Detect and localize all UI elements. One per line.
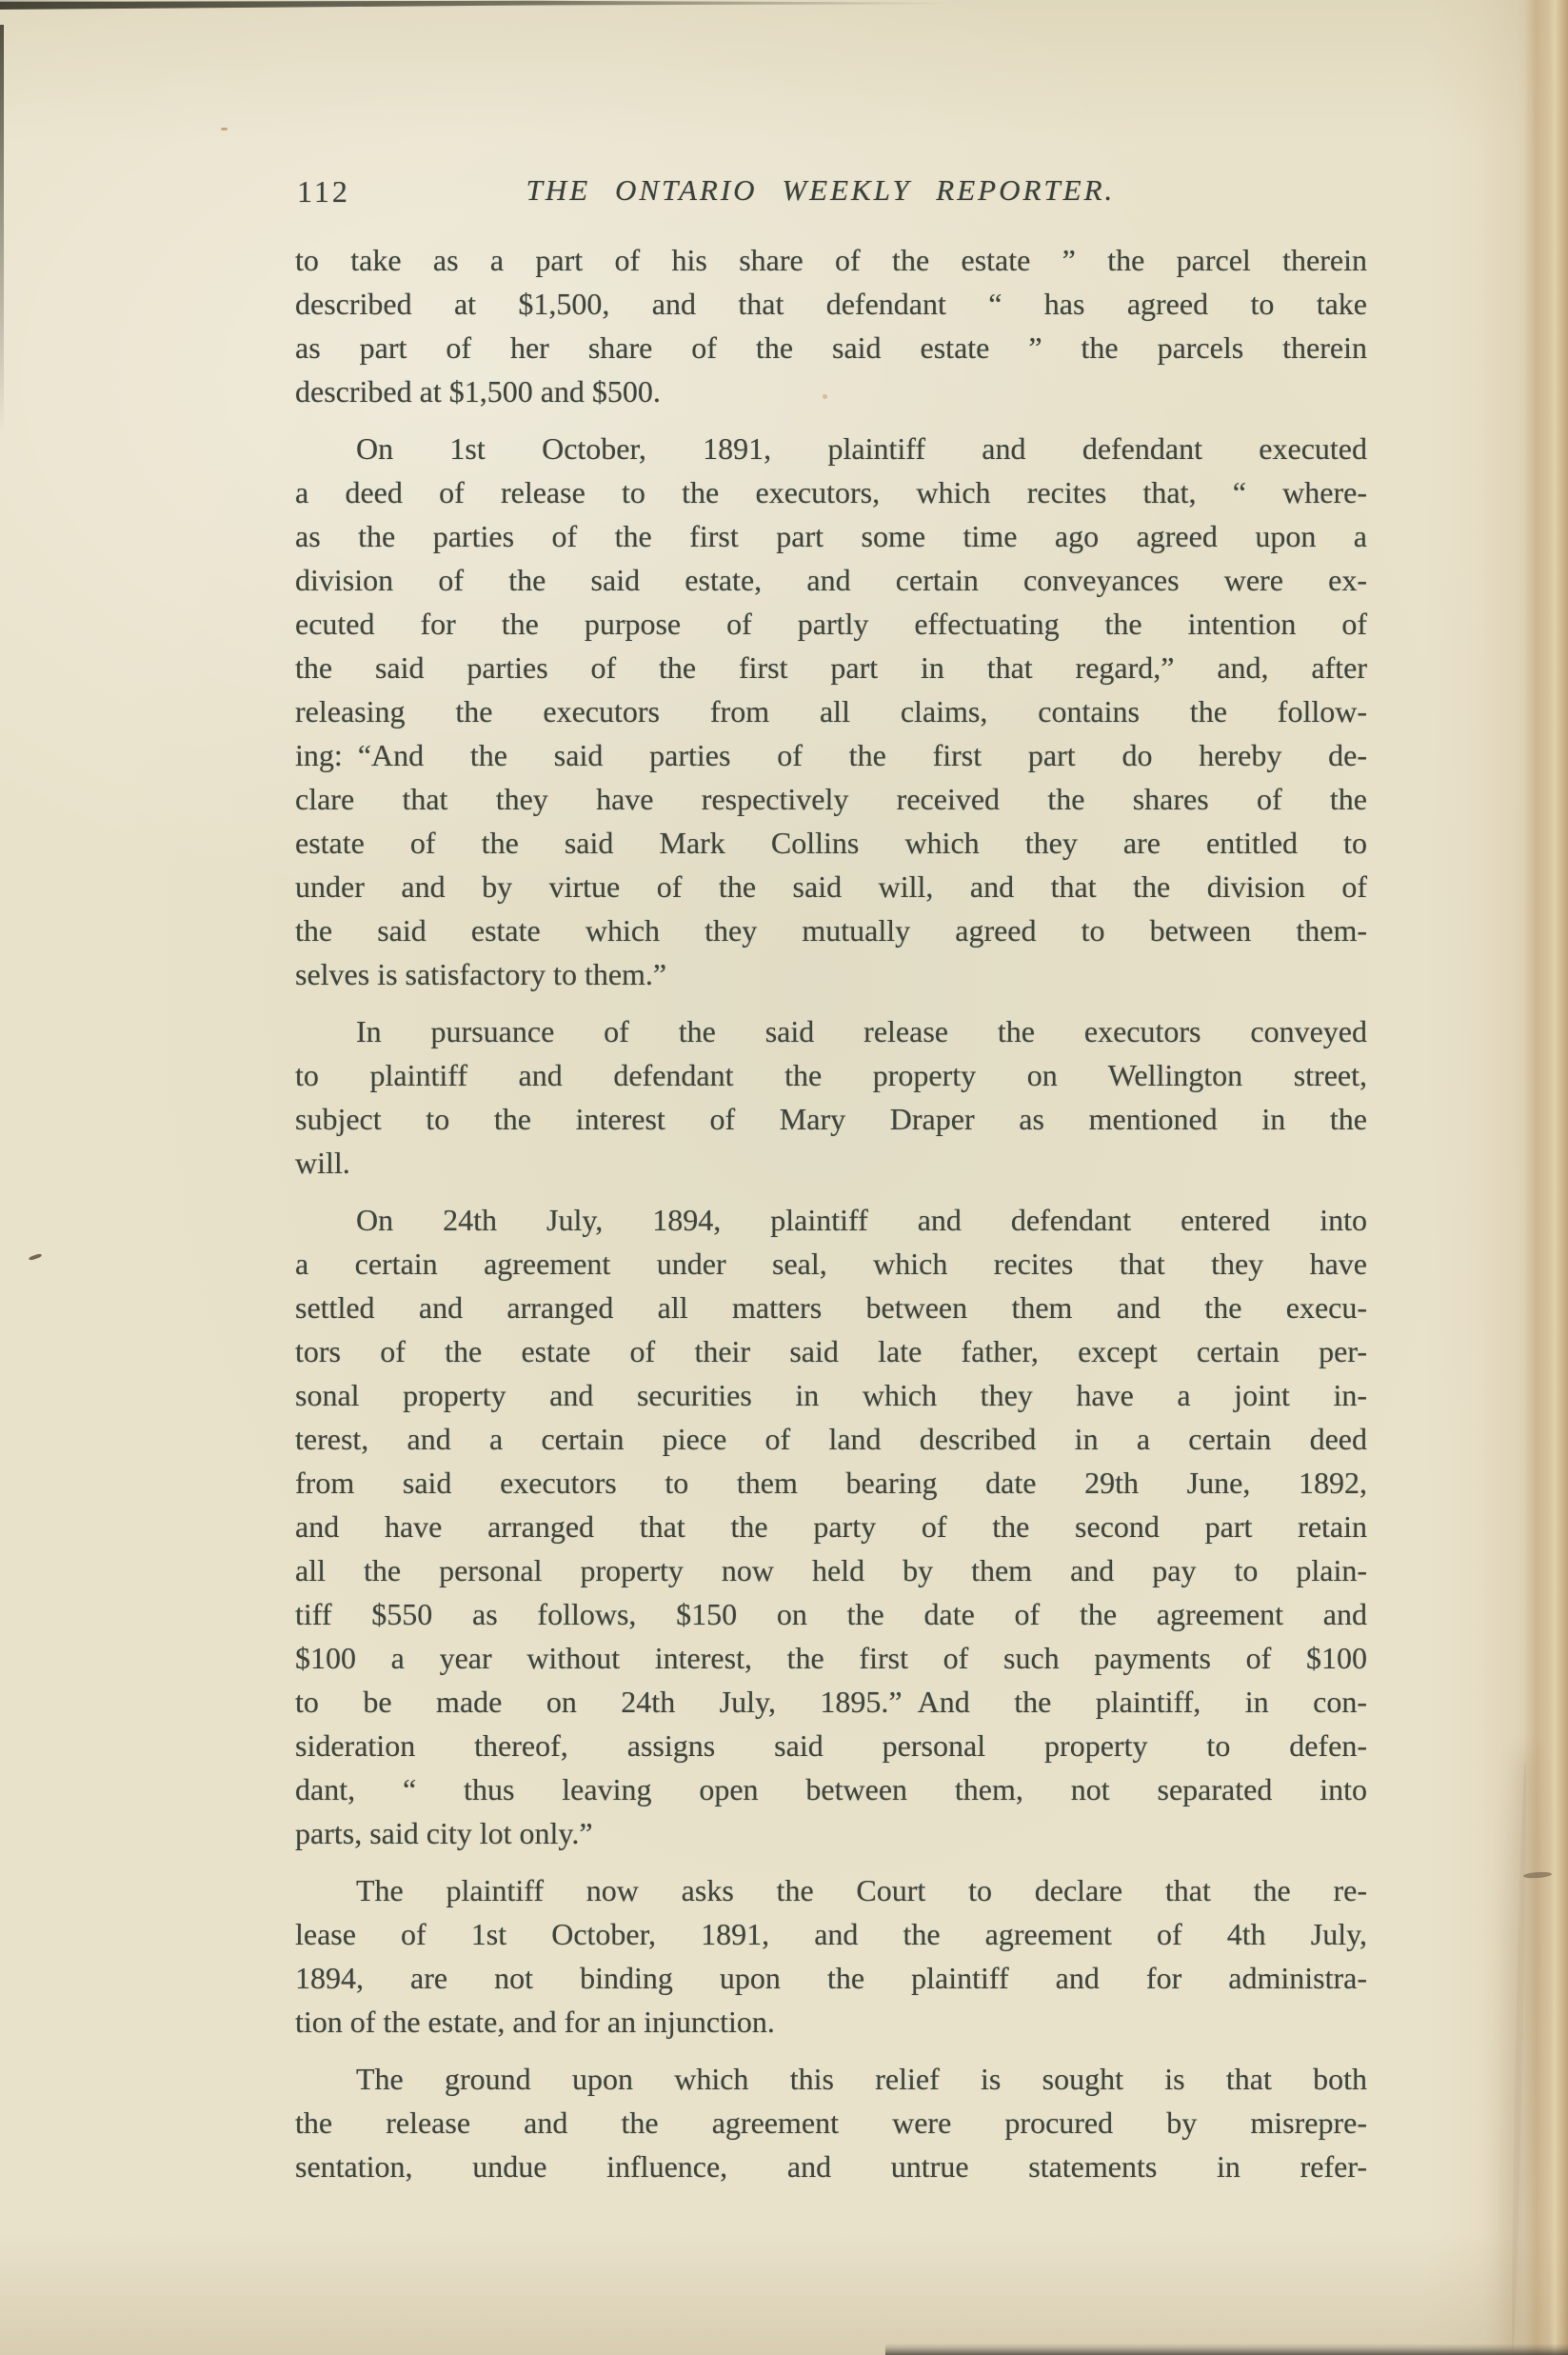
text-line: under and by virtue of the said will, an… [295,865,1367,908]
text-line: and have arranged that the party of the … [295,1505,1367,1548]
text-line: tiff $550 as follows, $150 on the date o… [295,1592,1367,1636]
text-line: parts, said city lot only.” [295,1811,1367,1855]
text-line: a certain agreement under seal, which re… [295,1242,1367,1286]
text-line: tion of the estate, and for an injunctio… [295,2000,1367,2044]
page-edge-left [0,25,4,434]
running-title: THE ONTARIO WEEKLY REPORTER. [285,173,1357,208]
text-line: division of the said estate, and certain… [295,558,1367,602]
text-line: settled and arranged all matters between… [295,1286,1367,1329]
page-edge-bottom [885,2344,1568,2355]
paragraph: The ground upon which this relief is sou… [295,2057,1367,2188]
text-line: sentation, undue influence, and untrue s… [295,2145,1367,2188]
text-line: estate of the said Mark Collins which th… [295,821,1367,865]
text-line: the said parties of the first part in th… [295,646,1367,689]
text-line: releasing the executors from all claims,… [295,689,1367,733]
text-line: terest, and a certain piece of land desc… [295,1417,1367,1461]
text-line: to plaintiff and defendant the property … [295,1053,1367,1097]
text-line: a deed of release to the executors, whic… [295,470,1367,514]
scanned-book-page: 112 THE ONTARIO WEEKLY REPORTER. to take… [0,0,1568,2355]
text-line: dant, “ thus leaving open between them, … [295,1767,1367,1811]
text-line: On 1st October, 1891, plaintiff and defe… [295,427,1367,470]
text-line: the said estate which they mutually agre… [295,908,1367,952]
text-line: described at $1,500 and $500. [295,369,1367,413]
paragraph: to take as a part of his share of the es… [295,238,1367,413]
paper-speck [221,128,228,130]
text-line: 1894, are not binding upon the plaintiff… [295,1956,1367,2000]
text-line: $100 a year without interest, the first … [295,1636,1367,1680]
text-line: as part of her share of the said estate … [295,326,1367,369]
text-line: The ground upon which this relief is sou… [295,2057,1367,2101]
text-line: lease of 1st October, 1891, and the agre… [295,1912,1367,1956]
page-edge-right [1524,0,1568,2355]
text-line: sideration thereof, assigns said persona… [295,1724,1367,1767]
text-line: tors of the estate of their said late fa… [295,1329,1367,1373]
paragraph: In pursuance of the said release the exe… [295,1009,1367,1185]
text-line: clare that they have respectively receiv… [295,777,1367,821]
paragraph: On 24th July, 1894, plaintiff and defend… [295,1198,1367,1855]
text-line: from said executors to them bearing date… [295,1461,1367,1505]
paper-speck [29,1253,43,1261]
text-line: sonal property and securities in which t… [295,1373,1367,1417]
text-line: to be made on 24th July, 1895.” And the … [295,1680,1367,1724]
text-line: The plaintiff now asks the Court to decl… [295,1868,1367,1912]
body-text: to take as a part of his share of the es… [295,238,1367,2202]
text-line: described at $1,500, and that defendant … [295,282,1367,326]
text-line: ing: “And the said parties of the first … [295,733,1367,777]
paragraph: The plaintiff now asks the Court to decl… [295,1868,1367,2044]
text-line: On 24th July, 1894, plaintiff and defend… [295,1198,1367,1242]
text-line: as the parties of the first part some ti… [295,514,1367,558]
text-line: all the personal property now held by th… [295,1548,1367,1592]
text-line: will. [295,1141,1367,1185]
paragraph: On 1st October, 1891, plaintiff and defe… [295,427,1367,996]
text-line: to take as a part of his share of the es… [295,238,1367,282]
text-line: subject to the interest of Mary Draper a… [295,1097,1367,1141]
page-edge-top [0,0,971,10]
text-line: the release and the agreement were procu… [295,2101,1367,2145]
text-line: In pursuance of the said release the exe… [295,1009,1367,1053]
paper-speck [823,394,827,399]
text-line: selves is satisfactory to them.” [295,952,1367,996]
text-line: ecuted for the purpose of partly effectu… [295,602,1367,646]
